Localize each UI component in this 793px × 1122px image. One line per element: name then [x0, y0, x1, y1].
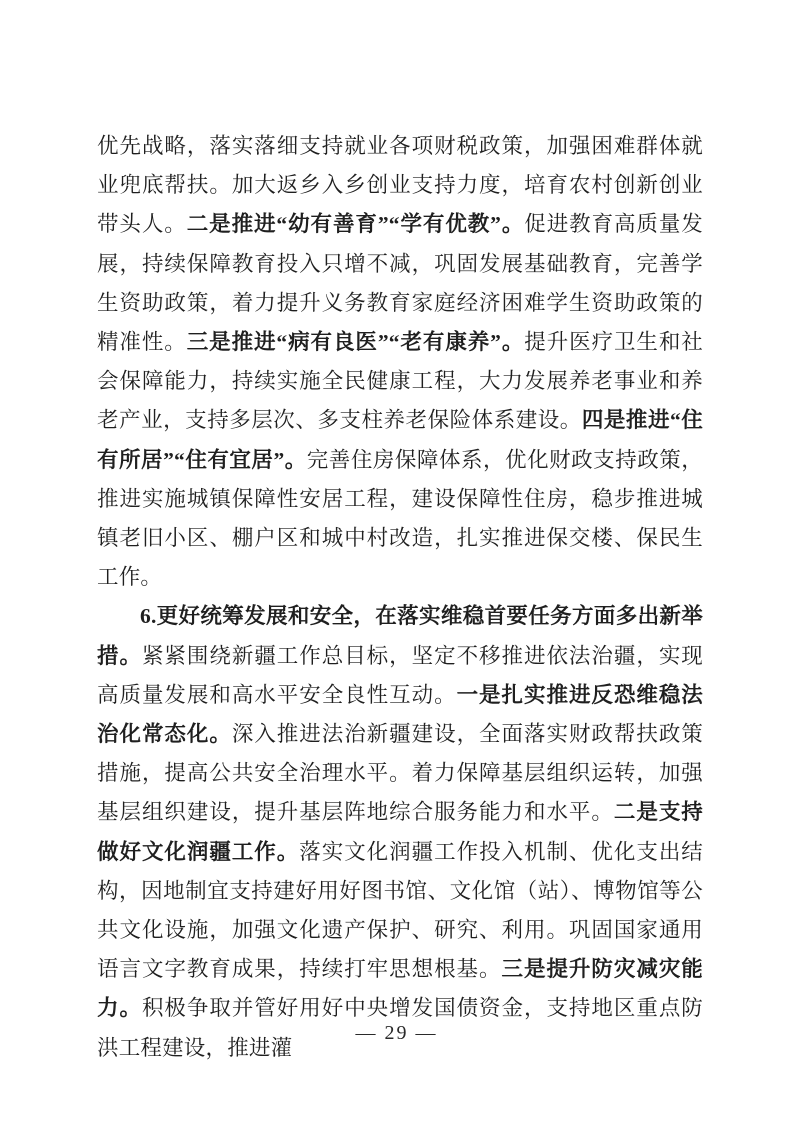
paragraph: 6.更好统筹发展和安全，在落实维稳首要任务方面多出新举措。紧紧围绕新疆工作总目标… — [97, 597, 703, 1067]
page-number: — 29 — — [356, 1022, 438, 1044]
page-footer: — 29 — — [0, 1022, 793, 1045]
emphasis-run: 二是推进“幼有善育”“学有优教”。 — [187, 212, 525, 236]
paragraph: 优先战略，落实落细支持就业各项财税政策，加强困难群体就业兜底帮扶。加大返乡入乡创… — [97, 127, 703, 597]
document-page: 优先战略，落实落细支持就业各项财税政策，加强困难群体就业兜底帮扶。加大返乡入乡创… — [0, 0, 793, 1122]
emphasis-run: 三是推进“病有良医”“老有康养”。 — [187, 330, 525, 354]
document-body: 优先战略，落实落细支持就业各项财税政策，加强困难群体就业兜底帮扶。加大返乡入乡创… — [97, 127, 703, 1068]
